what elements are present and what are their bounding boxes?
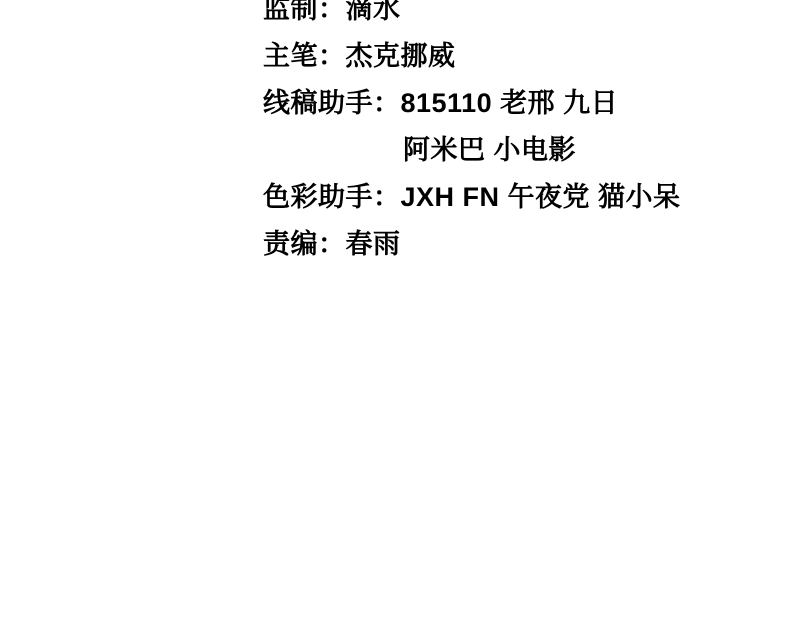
credit-line-lineart-assistants: 线稿助手：815110 老邢 九日 [263,80,681,127]
credit-line-lineart-assistants-continued: 阿米巴 小电影 [263,127,681,174]
credit-line-lead-artist: 主笔：杰克挪威 [263,33,681,80]
credit-line-supervisor: 监制：滴水 [263,0,681,33]
credits-block: 监制：滴水 主笔：杰克挪威 线稿助手：815110 老邢 九日 阿米巴 小电影 … [263,0,681,268]
credit-line-editor: 责编：春雨 [263,221,681,268]
comic-credits-page: 监制：滴水 主笔：杰克挪威 线稿助手：815110 老邢 九日 阿米巴 小电影 … [0,0,800,634]
credit-line-color-assistants: 色彩助手：JXH FN 午夜党 猫小呆 [263,174,681,221]
